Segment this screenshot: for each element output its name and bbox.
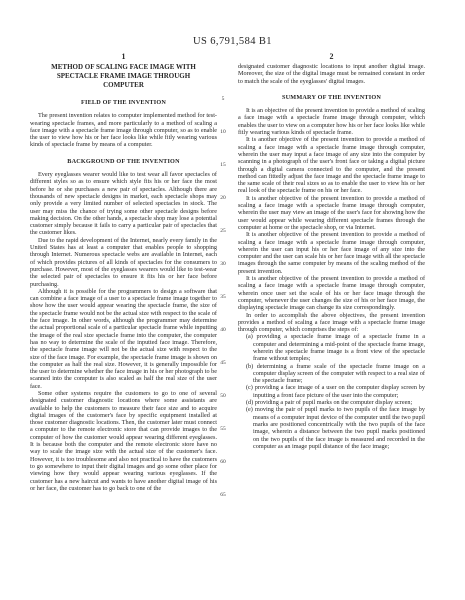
paragraph: It is an objective of the present invent…	[238, 107, 425, 136]
column-1: 1 METHOD OF SCALING FACE IMAGE WITH SPEC…	[30, 52, 217, 492]
claim-steps-list: (a) providing a spectacle frame image of…	[238, 333, 425, 450]
column-number: 2	[238, 52, 425, 61]
gutter-line-number: 45	[216, 360, 230, 366]
gutter-line-number: 15	[216, 162, 230, 168]
gutter-line-number: 5	[216, 96, 230, 102]
paragraph: Every eyeglasses wearer would like to te…	[30, 171, 217, 237]
gutter-line-number: 30	[216, 261, 230, 267]
paragraph: In order to accomplish the above objecti…	[238, 312, 425, 334]
gutter-line-number: 65	[216, 492, 230, 498]
step-list-item: (a) providing a spectacle frame image of…	[238, 333, 425, 362]
paragraph: Due to the rapid development of the Inte…	[30, 237, 217, 288]
gutter-line-number: 40	[216, 327, 230, 333]
column-2: 2 designated customer diagnostic locatio…	[238, 52, 425, 450]
paragraph: Some other systems require the customers…	[30, 390, 217, 492]
paragraph: designated customer diagnostic locations…	[238, 63, 425, 85]
gutter-line-number: 55	[216, 426, 230, 432]
paragraph: Although it is possible for the programm…	[30, 288, 217, 390]
patent-number: US 6,791,584 B1	[0, 36, 465, 47]
step-list-item: (e) moving the pair of pupil marks to tw…	[238, 406, 425, 450]
step-list-item: (c) providing a face image of a user on …	[238, 384, 425, 399]
step-list-item: (d) providing a pair of pupil marks on t…	[238, 399, 425, 406]
gutter-line-number: 50	[216, 393, 230, 399]
paragraph: It is another objective of the present i…	[238, 136, 425, 194]
column-number: 1	[30, 52, 217, 61]
gutter-line-number: 20	[216, 195, 230, 201]
patent-page: US 6,791,584 B1 510152025303540455055606…	[0, 0, 465, 600]
gutter-line-number: 35	[216, 294, 230, 300]
paragraph: It is another objective of the present i…	[238, 231, 425, 275]
step-list-item: (b) determining a frame scale of the spe…	[238, 363, 425, 385]
gutter-line-number: 10	[216, 129, 230, 135]
section-heading-summary: SUMMARY OF THE INVENTION	[238, 94, 425, 101]
gutter-line-number: 25	[216, 228, 230, 234]
section-heading-background: BACKGROUND OF THE INVENTION	[30, 158, 217, 165]
patent-title: METHOD OF SCALING FACE IMAGE WITH SPECTA…	[43, 63, 205, 90]
paragraph: It is another objective of the present i…	[238, 195, 425, 231]
paragraph: The present invention relates to compute…	[30, 112, 217, 148]
gutter-line-number: 60	[216, 459, 230, 465]
section-heading-field-of-invention: FIELD OF THE INVENTION	[30, 99, 217, 106]
paragraph: It is another objective of the present i…	[238, 275, 425, 311]
